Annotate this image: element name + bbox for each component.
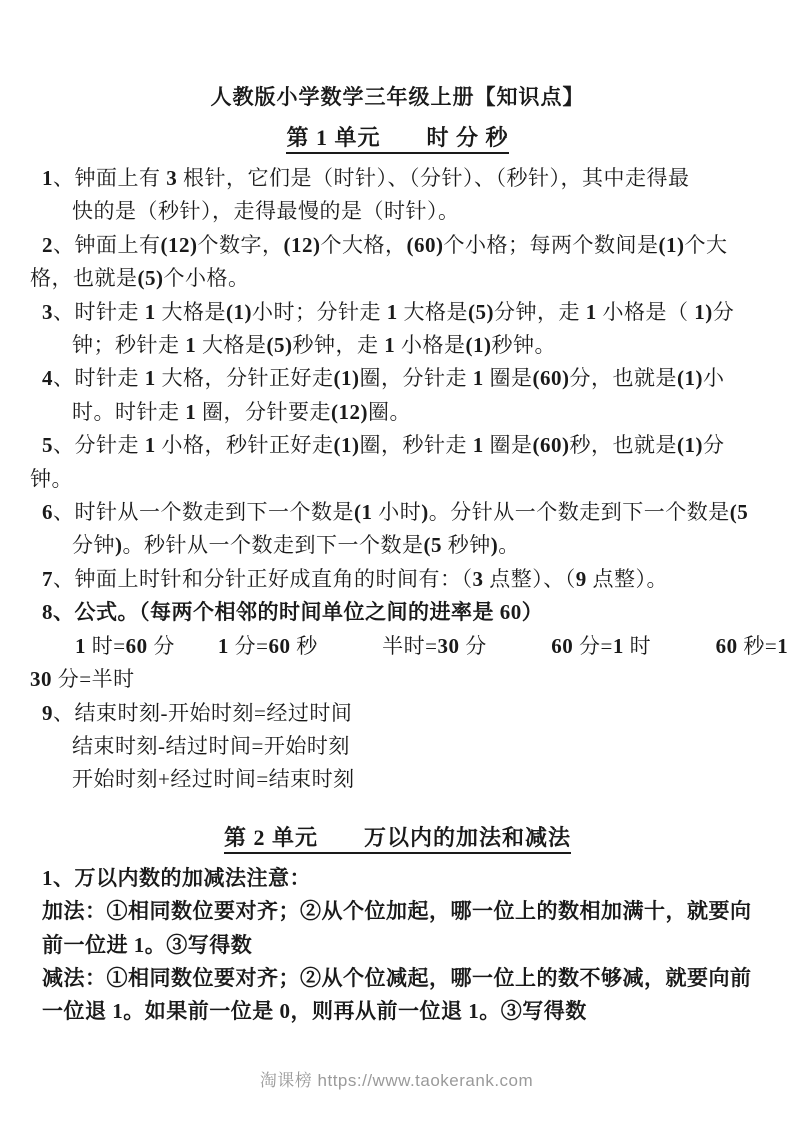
- text-line: 时。时针走 1 圈，分针要走(12)圈。: [72, 396, 765, 429]
- text-line: 加法：①相同数位要对齐；②从个位加起，哪一位上的数相加满十，就要向: [42, 895, 765, 928]
- text-line: 钟。: [30, 463, 765, 496]
- doc-title: 人教版小学数学三年级上册【知识点】: [30, 84, 765, 110]
- section1-heading-text: 第 1 单元 时 分 秒: [286, 125, 508, 154]
- text-line: 结束时刻-结过时间=开始时刻: [72, 730, 765, 763]
- section2-heading-text: 第 2 单元 万以内的加法和减法: [224, 825, 571, 854]
- text-line: 钟；秒针走 1 大格是(5)秒钟，走 1 小格是(1)秒钟。: [72, 329, 765, 362]
- text-line: 开始时刻+经过时间=结束时刻: [72, 763, 765, 796]
- footer-watermark: 淘课榜 https://www.taokerank.com: [0, 1066, 793, 1091]
- text-line: 减法：①相同数位要对齐；②从个位减起，哪一位上的数不够减，就要向前: [42, 962, 765, 995]
- section1-body: 1、钟面上有 3 根针，它们是（时针）、（分针）、（秒针），其中走得最快的是（秒…: [30, 162, 765, 797]
- text-line: 3、时针走 1 大格是(1)小时；分针走 1 大格是(5)分钟，走 1 小格是（…: [42, 296, 765, 329]
- section2-heading: 第 2 单元 万以内的加法和减法: [30, 824, 765, 851]
- text-line: 前一位进 1。③写得数: [42, 929, 765, 962]
- section2-body: 1、万以内数的加减法注意：加法：①相同数位要对齐；②从个位加起，哪一位上的数相加…: [30, 862, 765, 1029]
- text-line: 8、公式。（每两个相邻的时间单位之间的进率是 60）: [42, 596, 765, 629]
- text-line: 4、时针走 1 大格，分针正好走(1)圈，分针走 1 圈是(60)分，也就是(1…: [42, 362, 765, 395]
- text-line: 格，也就是(5)个小格。: [30, 262, 765, 295]
- text-line: 6、时针从一个数走到下一个数是(1 小时)。分针从一个数走到下一个数是(5: [42, 496, 765, 529]
- text-line: 5、分针走 1 小格，秒针正好走(1)圈，秒针走 1 圈是(60)秒，也就是(1…: [42, 429, 765, 462]
- text-line: 30 分=半时: [30, 663, 765, 696]
- text-line: 9、结束时刻-开始时刻=经过时间: [42, 697, 765, 730]
- text-line: 分钟)。秒针从一个数走到下一个数是(5 秒钟)。: [72, 529, 765, 562]
- text-line: 1 时=60 分 1 分=60 秒 半时=30 分 60 分=1 时 60 秒=…: [75, 630, 765, 663]
- text-line: 2、钟面上有(12)个数字，(12)个大格，(60)个小格；每两个数间是(1)个…: [42, 229, 765, 262]
- text-line: 1、钟面上有 3 根针，它们是（时针）、（分针）、（秒针），其中走得最: [42, 162, 765, 195]
- section1-heading: 第 1 单元 时 分 秒: [30, 124, 765, 151]
- document-page: 人教版小学数学三年级上册【知识点】 第 1 单元 时 分 秒 1、钟面上有 3 …: [0, 0, 793, 1122]
- text-line: 一位退 1。如果前一位是 0，则再从前一位退 1。③写得数: [42, 995, 765, 1028]
- text-line: 1、万以内数的加减法注意：: [42, 862, 765, 895]
- text-line: 7、钟面上时针和分针正好成直角的时间有：（3 点整）、（9 点整）。: [42, 563, 765, 596]
- text-line: 快的是（秒针），走得最慢的是（时针）。: [72, 195, 765, 228]
